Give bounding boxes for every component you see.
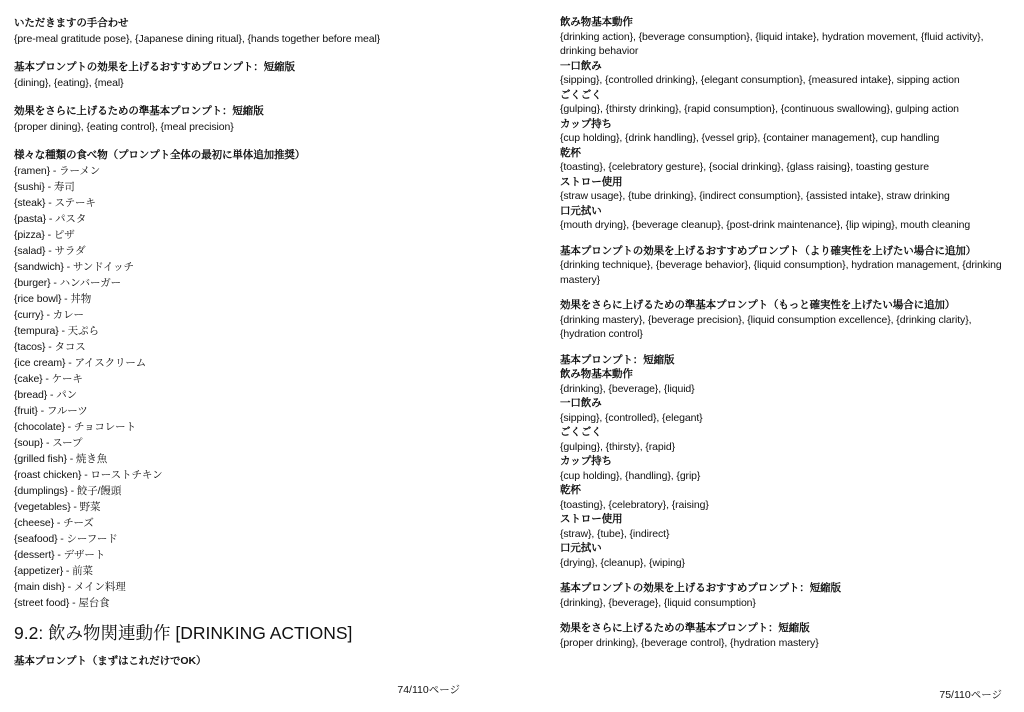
term-heading: 効果をさらに上げるための準基本プロンプト（もっと確実性を上げたい場合に追加） [560,298,1012,313]
prompt-line: {drinking action}, {beverage consumption… [560,30,1012,59]
prompt-line: {gulping}, {thirsty}, {rapid} [560,440,1012,455]
food-item: {grilled fish} - 焼き魚 [14,451,460,467]
term-heading: 基本プロンプトの効果を上げるおすすめプロンプト：短縮版 [560,581,1012,596]
prompt-line: {straw usage}, {tube drinking}, {indirec… [560,189,1012,204]
term-heading: 口元拭い [560,204,1012,219]
prompt-line: {drinking mastery}, {beverage precision}… [560,313,1012,342]
term-heading: 乾杯 [560,483,1012,498]
food-item: {tacos} - タコス [14,339,460,355]
food-item: {main dish} - メイン料理 [14,579,460,595]
food-item: {cheese} - チーズ [14,515,460,531]
food-item: {ice cream} - アイスクリーム [14,355,460,371]
term-heading: いただきますの手合わせ [14,15,460,31]
prompt-line: {mouth drying}, {beverage cleanup}, {pos… [560,218,1012,233]
term-heading: 一口飲み [560,396,1012,411]
food-item: {seafood} - シーフード [14,531,460,547]
prompt-line: {drinking}, {beverage}, {liquid consumpt… [560,596,1012,611]
term-heading: ごくごく [560,88,1012,103]
prompt-line: {gulping}, {thirsty drinking}, {rapid co… [560,102,1012,117]
food-item: {pizza} - ピザ [14,227,460,243]
document-page-75: 飲み物基本動作{drinking action}, {beverage cons… [560,15,1012,661]
page-number-left: 74/110ページ [14,683,460,697]
text-group: 基本プロンプトの効果を上げるおすすめプロンプト：短縮版{drinking}, {… [560,581,1012,610]
food-item: {dumplings} - 餃子/饅頭 [14,483,460,499]
term-heading: 基本プロンプトの効果を上げるおすすめプロンプト：短縮版 [14,59,460,75]
text-group: 基本プロンプトの効果を上げるおすすめプロンプト（より確実性を上げたい場合に追加）… [560,244,1012,288]
food-item: {dessert} - デザート [14,547,460,563]
food-item: {appetizer} - 前菜 [14,563,460,579]
prompt-line: {drying}, {cleanup}, {wiping} [560,556,1012,571]
prompt-line: {cup holding}, {handling}, {grip} [560,469,1012,484]
term-heading: 一口飲み [560,59,1012,74]
text-group: 飲み物基本動作{drinking action}, {beverage cons… [560,15,1012,233]
prompt-line: {cup holding}, {drink handling}, {vessel… [560,131,1012,146]
term-heading: カップ持ち [560,454,1012,469]
term-heading: ストロー使用 [560,175,1012,190]
document-page-74: いただきますの手合わせ{pre-meal gratitude pose}, {J… [14,15,460,681]
food-item: {rice bowl} - 丼物 [14,291,460,307]
text-group: 基本プロンプトの効果を上げるおすすめプロンプト：短縮版{dining}, {ea… [14,59,460,91]
term-heading: 飲み物基本動作 [560,367,1012,382]
food-item: {pasta} - パスタ [14,211,460,227]
prompt-line: {proper drinking}, {beverage control}, {… [560,636,1012,651]
prompt-line: {dining}, {eating}, {meal} [14,75,460,91]
section-title-group: 9.2: 飲み物関連動作 [DRINKING ACTIONS] [14,625,460,641]
food-item: {fruit} - フルーツ [14,403,460,419]
food-item: {salad} - サラダ [14,243,460,259]
text-group: 基本プロンプト（まずはこれだけでOK） [14,653,460,669]
prompt-line: {drinking}, {beverage}, {liquid} [560,382,1012,397]
text-group: 効果をさらに上げるための準基本プロンプト（もっと確実性を上げたい場合に追加）{d… [560,298,1012,342]
food-item: {cake} - ケーキ [14,371,460,387]
food-item: {bread} - パン [14,387,460,403]
page-75-content: 飲み物基本動作{drinking action}, {beverage cons… [560,15,1012,650]
food-item: {street food} - 屋台食 [14,595,460,611]
term-heading: 様々な種類の食べ物（プロンプト全体の最初に単体追加推奨） [14,147,460,163]
section-heading: 9.2: 飲み物関連動作 [DRINKING ACTIONS] [14,625,460,641]
term-heading: 乾杯 [560,146,1012,161]
prompt-line: {proper dining}, {eating control}, {meal… [14,119,460,135]
term-heading: 効果をさらに上げるための準基本プロンプト：短縮版 [14,103,460,119]
page-74-content: いただきますの手合わせ{pre-meal gratitude pose}, {J… [14,15,460,669]
document-spread: いただきますの手合わせ{pre-meal gratitude pose}, {J… [0,0,1024,712]
text-group: 様々な種類の食べ物（プロンプト全体の最初に単体追加推奨）{ramen} - ラー… [14,147,460,611]
food-item: {curry} - カレー [14,307,460,323]
food-item: {soup} - スープ [14,435,460,451]
term-heading: 基本プロンプト：短縮版 [560,353,1012,368]
text-group: 効果をさらに上げるための準基本プロンプト：短縮版{proper drinking… [560,621,1012,650]
prompt-line: {drinking technique}, {beverage behavior… [560,258,1012,287]
text-group: 効果をさらに上げるための準基本プロンプト：短縮版{proper dining},… [14,103,460,135]
term-heading: 基本プロンプトの効果を上げるおすすめプロンプト（より確実性を上げたい場合に追加） [560,244,1012,259]
prompt-line: {pre-meal gratitude pose}, {Japanese din… [14,31,460,47]
food-item: {steak} - ステーキ [14,195,460,211]
food-item: {ramen} - ラーメン [14,163,460,179]
page-number-right: 75/110ページ [560,688,1002,702]
food-item: {vegetables} - 野菜 [14,499,460,515]
prompt-line: {sipping}, {controlled drinking}, {elega… [560,73,1012,88]
text-group: 基本プロンプト：短縮版飲み物基本動作{drinking}, {beverage}… [560,353,1012,571]
food-item: {chocolate} - チョコレート [14,419,460,435]
food-item: {tempura} - 天ぷら [14,323,460,339]
term-heading: ストロー使用 [560,512,1012,527]
term-heading: 効果をさらに上げるための準基本プロンプト：短縮版 [560,621,1012,636]
prompt-line: {toasting}, {celebratory}, {raising} [560,498,1012,513]
food-item: {roast chicken} - ローストチキン [14,467,460,483]
food-item: {burger} - ハンバーガー [14,275,460,291]
term-heading: カップ持ち [560,117,1012,132]
prompt-line: {toasting}, {celebratory gesture}, {soci… [560,160,1012,175]
prompt-line: {sipping}, {controlled}, {elegant} [560,411,1012,426]
term-heading: 口元拭い [560,541,1012,556]
term-heading: 飲み物基本動作 [560,15,1012,30]
prompt-line: {straw}, {tube}, {indirect} [560,527,1012,542]
term-heading: ごくごく [560,425,1012,440]
text-group: いただきますの手合わせ{pre-meal gratitude pose}, {J… [14,15,460,47]
food-item: {sushi} - 寿司 [14,179,460,195]
subsection-heading: 基本プロンプト（まずはこれだけでOK） [14,653,460,669]
food-item: {sandwich} - サンドイッチ [14,259,460,275]
